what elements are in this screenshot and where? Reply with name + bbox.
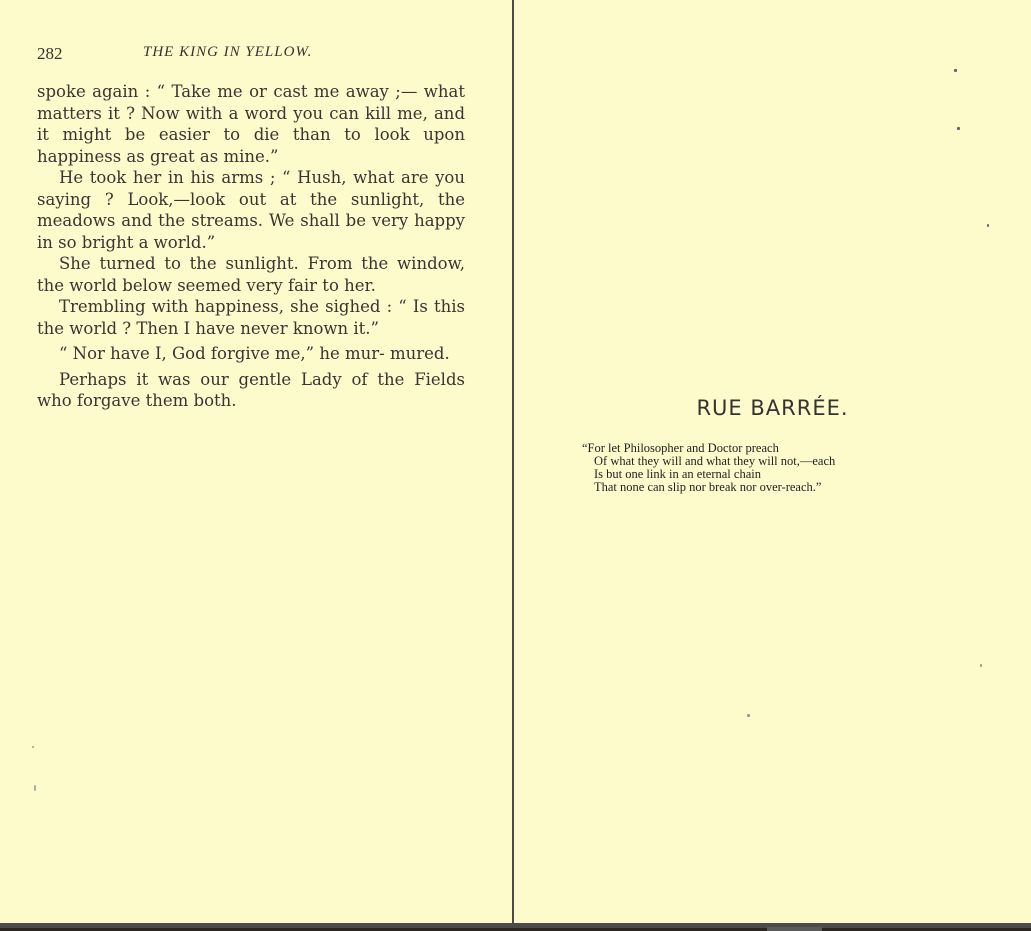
scan-speck — [954, 69, 957, 72]
scan-speck — [34, 785, 36, 791]
epigraph: “For let Philosopher and Doctor preach O… — [582, 442, 835, 494]
scrollbar-thumb[interactable] — [767, 927, 822, 931]
page-number: 282 — [37, 44, 63, 64]
paragraph: “ Nor have I, God forgive me,” he mur- m… — [37, 343, 465, 365]
scan-speck — [747, 714, 750, 717]
paragraph: She turned to the sunlight. From the win… — [37, 253, 465, 296]
running-head: THE KING IN YELLOW. — [143, 44, 312, 61]
page-body: spoke again : “ Take me or cast me away … — [37, 81, 465, 412]
paragraph: spoke again : “ Take me or cast me away … — [37, 81, 465, 167]
paragraph: He took her in his arms ; “ Hush, what a… — [37, 167, 465, 253]
epigraph-line: That none can slip nor break nor over-re… — [594, 481, 835, 494]
horizontal-scrollbar[interactable] — [0, 923, 1031, 931]
scan-speck — [980, 664, 982, 667]
left-page: 282 THE KING IN YELLOW. spoke again : “ … — [0, 0, 512, 923]
chapter-title: RUE BARRÉE. — [0, 396, 1031, 420]
paragraph: Trembling with happiness, she sighed : “… — [37, 296, 465, 339]
scan-speck — [32, 746, 34, 748]
scan-speck — [957, 127, 960, 130]
page-header: 282 THE KING IN YELLOW. — [37, 44, 467, 68]
scan-speck — [987, 224, 989, 227]
